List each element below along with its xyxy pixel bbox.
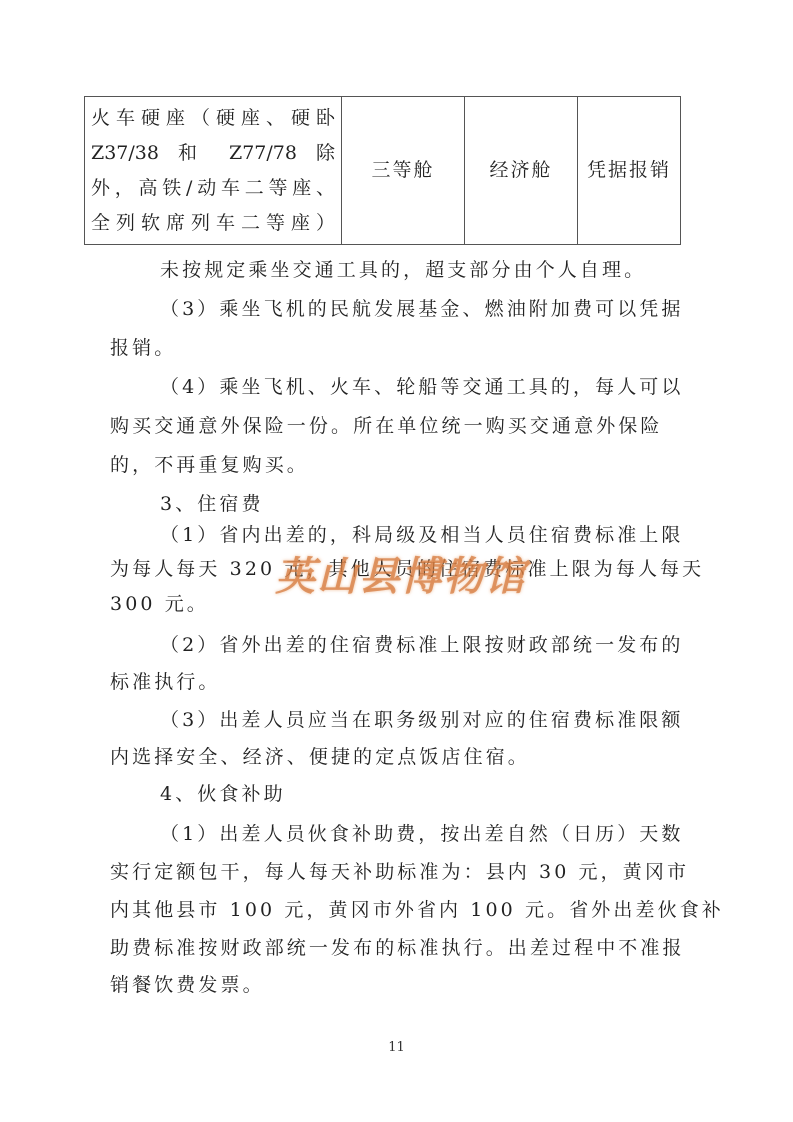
paragraph-line: 未按规定乘坐交通工具的，超支部分由个人自理。 [160, 258, 685, 282]
paragraph-line: （3）乘坐飞机的民航发展基金、燃油附加费可以凭据 [160, 297, 685, 321]
train-class-line: 全列软席列车二等座） [91, 206, 335, 241]
paragraph-line: 报销。 [110, 336, 685, 360]
document-page: 火车硬座（硬座、硬卧 Z37/38 和 Z77/78 除 外，高铁/动车二等座、… [0, 0, 793, 1122]
paragraph-line: （1）省内出差的，科局级及相当人员住宿费标准上限 [160, 523, 685, 547]
paragraph-line: 内其他县市 100 元，黄冈市外省内 100 元。省外出差伙食补 [110, 898, 685, 922]
paragraph-line: （1）出差人员伙食补助费，按出差自然（日历）天数 [160, 822, 685, 846]
paragraph-line: （2）省外出差的住宿费标准上限按财政部统一发布的 [160, 633, 685, 657]
train-class-cell: 火车硬座（硬座、硬卧 Z37/38 和 Z77/78 除 外，高铁/动车二等座、… [85, 97, 342, 245]
train-class-line: 火车硬座（硬座、硬卧 [91, 101, 335, 136]
other-transport-cell: 凭据报销 [578, 97, 681, 245]
paragraph-line: 实行定额包干，每人每天补助标准为：县内 30 元，黄冈市 [110, 860, 685, 884]
paragraph-line: 300 元。 [110, 592, 685, 616]
paragraph-line: 助费标准按财政部统一发布的标准执行。出差过程中不准报 [110, 936, 685, 960]
paragraph-line: 为每人每天 320 元，其他人员的住宿费标准上限为每人每天 [110, 557, 685, 581]
paragraph-line: 销餐饮费发票。 [110, 973, 685, 997]
paragraph-line: （3）出差人员应当在职务级别对应的住宿费标准限额 [160, 708, 685, 732]
plane-class-cell: 经济舱 [465, 97, 578, 245]
train-class-line: 外，高铁/动车二等座、 [91, 171, 335, 206]
paragraph-line: 标准执行。 [110, 670, 685, 694]
table-row: 火车硬座（硬座、硬卧 Z37/38 和 Z77/78 除 外，高铁/动车二等座、… [85, 97, 681, 245]
paragraph-line: 内选择安全、经济、便捷的定点饭店住宿。 [110, 745, 685, 769]
paragraph-line: 购买交通意外保险一份。所在单位统一购买交通意外保险 [110, 414, 685, 438]
page-number: 11 [0, 1040, 793, 1055]
paragraph-line: 的，不再重复购买。 [110, 453, 685, 477]
train-class-line: Z37/38 和 Z77/78 除 [91, 136, 335, 171]
ship-class-cell: 三等舱 [342, 97, 465, 245]
section-heading: 4、伙食补助 [160, 782, 685, 806]
section-heading: 3、住宿费 [160, 492, 685, 516]
paragraph-line: （4）乘坐飞机、火车、轮船等交通工具的，每人可以 [160, 375, 685, 399]
transport-class-table: 火车硬座（硬座、硬卧 Z37/38 和 Z77/78 除 外，高铁/动车二等座、… [84, 96, 681, 245]
